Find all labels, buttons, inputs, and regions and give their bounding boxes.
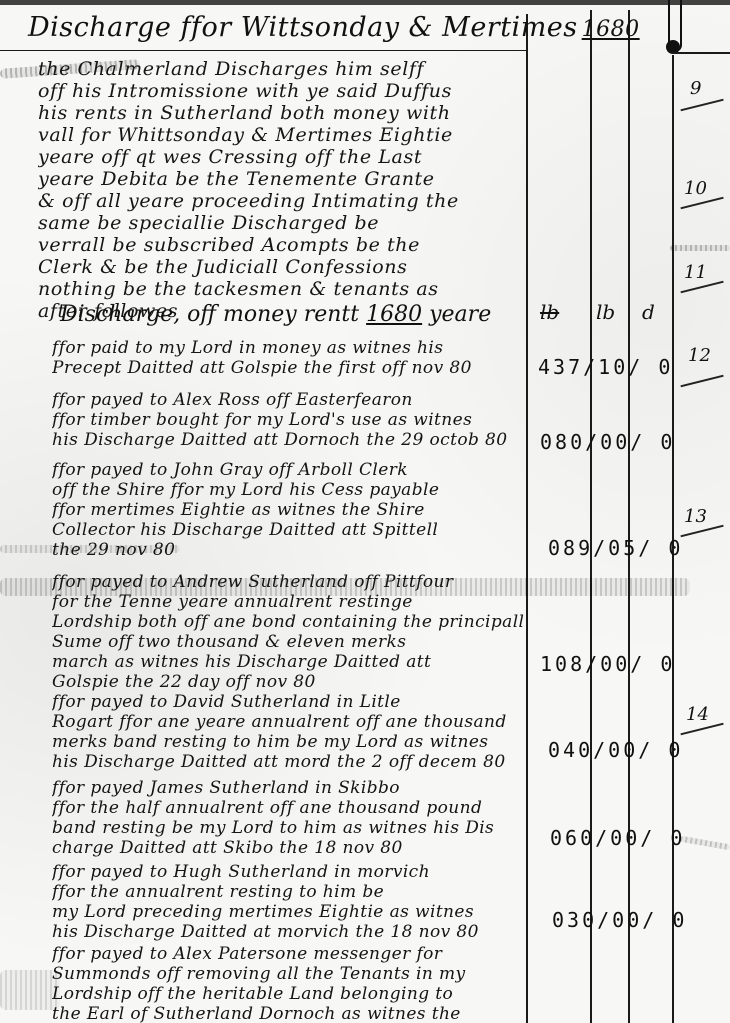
entry-line: charge Daitted att Skibo the 18 nov 80 (52, 838, 526, 858)
margin-folio-number: 10 (684, 178, 707, 199)
entry-line: ffor the half annualrent off ane thousan… (52, 798, 526, 818)
entry-line: merks band resting to him be my Lord as … (52, 732, 526, 752)
preamble-line: his rents in Sutherland both money with (38, 102, 518, 124)
entry-amount: 108/00/ 0 (540, 652, 675, 676)
amount-pence: 0 (670, 826, 685, 850)
entry-line: ffor mertimes Eightie as witnes the Shir… (52, 500, 526, 520)
amount-pounds: 437 (538, 355, 583, 379)
preamble-line: same be speciallie Discharged be (38, 212, 518, 234)
entry-line: ffor payed James Sutherland in Skibbo (52, 778, 526, 798)
amount-pence: 0 (658, 355, 673, 379)
entry-line: his Discharge Daitted at morvich the 18 … (52, 922, 526, 942)
entry-line: ffor payed to Andrew Sutherland off Pitt… (52, 572, 526, 592)
margin-folio-number: 11 (684, 262, 707, 283)
entry-line: ffor payed to Alex Patersone messenger f… (52, 944, 526, 964)
entry-line: ffor paid to my Lord in money as witnes … (52, 338, 526, 358)
amount-pounds: 060 (550, 826, 595, 850)
account-entry: ffor payed to Andrew Sutherland off Pitt… (52, 572, 526, 692)
entry-line: the Earl of Sutherland Dornoch as witnes… (52, 1004, 526, 1023)
amount-shillings: 05 (608, 536, 638, 560)
entry-line: ffor the annualrent resting to him be (52, 882, 526, 902)
section-heading: Discharge, off money rentt 1680 yeare (60, 302, 491, 327)
entry-line: Sume off two thousand & eleven merks (52, 632, 526, 652)
account-entry: ffor payed to John Gray off Arboll Clerk… (52, 460, 526, 560)
margin-folio-number: 14 (686, 704, 709, 725)
column-header-shillings: lb (596, 300, 615, 324)
preamble-line: Clerk & be the Judiciall Confessions (38, 256, 518, 278)
entry-line: my Lord preceding mertimes Eightie as wi… (52, 902, 526, 922)
entry-line: ffor payed to Hugh Sutherland in morvich (52, 862, 526, 882)
margin-folio-number: 13 (684, 506, 707, 527)
preamble-paragraph: the Chalmerland Discharges him selff off… (38, 58, 518, 322)
preamble-line: verrall be subscribed Acompts be the (38, 234, 518, 256)
entry-line: Collector his Discharge Daitted att Spit… (52, 520, 526, 540)
amount-pounds: 030 (552, 908, 597, 932)
column-header-pounds-scots: lb (540, 300, 559, 324)
ink-smudge (0, 970, 60, 1010)
entry-line: march as witnes his Discharge Daitted at… (52, 652, 526, 672)
section-year: 1680 (366, 302, 422, 327)
entry-line: the 29 nov 80 (52, 540, 526, 560)
entry-amount: 030/00/ 0 (552, 908, 687, 932)
title-underline-rule (0, 50, 526, 51)
folio-tick (680, 375, 723, 387)
account-entry: ffor payed to Alex Ross off Easterfearon… (52, 390, 526, 450)
entry-line: Rogart ffor ane yeare annualrent off ane… (52, 712, 526, 732)
entry-line: off the Shire ffor my Lord his Cess paya… (52, 480, 526, 500)
amount-shillings: 00 (612, 908, 642, 932)
section-heading-text: Discharge, off money rentt (60, 302, 359, 327)
entry-amount: 089/05/ 0 (548, 536, 683, 560)
column-rule-pounds (590, 10, 592, 1023)
entry-line: ffor payed to Alex Ross off Easterfearon (52, 390, 526, 410)
top-right-rule (672, 52, 730, 54)
entry-line: his Discharge Daitted att Dornoch the 29… (52, 430, 526, 450)
account-entry: ffor payed to Alex Patersone messenger f… (52, 944, 526, 1023)
preamble-line: vall for Whittsonday & Mertimes Eightie (38, 124, 518, 146)
amount-pounds: 108 (540, 652, 585, 676)
amount-shillings: 00 (600, 430, 630, 454)
margin-folio-number: 9 (690, 78, 701, 99)
page-title: Discharge ffor Wittsonday & Mertimes1680 (28, 12, 640, 43)
entry-line: Lordship both off ane bond containing th… (52, 612, 526, 632)
preamble-line: nothing be the tackesmen & tenants as (38, 278, 518, 300)
amount-pence: 0 (660, 652, 675, 676)
amount-pence: 0 (672, 908, 687, 932)
title-year: 1680 (582, 17, 640, 42)
account-entry: ffor paid to my Lord in money as witnes … (52, 338, 526, 378)
account-entry: ffor payed to Hugh Sutherland in morvich… (52, 862, 526, 942)
entry-amount: 437/10/ 0 (538, 355, 673, 379)
preamble-line: & off all yeare proceeding Intimating th… (38, 190, 518, 212)
entry-amount: 060/00/ 0 (550, 826, 685, 850)
preamble-line: the Chalmerland Discharges him selff (38, 58, 518, 80)
column-rule-left (526, 14, 528, 1023)
entry-line: for the Tenne yeare annualrent restinge (52, 592, 526, 612)
amount-shillings: 00 (608, 738, 638, 762)
column-rule-shillings (628, 10, 630, 1023)
section-heading-suffix: yeare (429, 302, 491, 327)
amount-shillings: 10 (598, 355, 628, 379)
title-text: Discharge ffor Wittsonday & Mertimes (28, 12, 578, 43)
ink-smudge (670, 245, 730, 251)
preamble-line: yeare Debita be the Tenemente Grante (38, 168, 518, 190)
entry-line: ffor timber bought for my Lord's use as … (52, 410, 526, 430)
entry-line: his Discharge Daitted att mord the 2 off… (52, 752, 526, 772)
entry-line: Golspie the 22 day off nov 80 (52, 672, 526, 692)
amount-shillings: 00 (600, 652, 630, 676)
amount-pence: 0 (668, 738, 683, 762)
manuscript-page: Discharge ffor Wittsonday & Mertimes1680… (0, 0, 730, 1023)
column-header-pence: d (642, 300, 655, 324)
entry-line: ffor payed to John Gray off Arboll Clerk (52, 460, 526, 480)
amount-shillings: 00 (610, 826, 640, 850)
entry-line: ffor payed to David Sutherland in Litle (52, 692, 526, 712)
amount-pounds: 040 (548, 738, 593, 762)
entry-line: band resting be my Lord to him as witnes… (52, 818, 526, 838)
ink-smudge (680, 836, 730, 851)
preamble-line: off his Intromissione with ye said Duffu… (38, 80, 518, 102)
folio-tick (680, 99, 723, 111)
amount-pence: 0 (660, 430, 675, 454)
amount-pounds: 080 (540, 430, 585, 454)
entry-line: Lordship off the heritable Land belongin… (52, 984, 526, 1004)
account-entry: ffor payed to David Sutherland in Litle … (52, 692, 526, 772)
amount-pence: 0 (668, 536, 683, 560)
entry-line: Summonds off removing all the Tenants in… (52, 964, 526, 984)
amount-pounds: 089 (548, 536, 593, 560)
margin-folio-number: 12 (688, 345, 711, 366)
page-top-edge (0, 0, 730, 5)
entry-line: Precept Daitted att Golspie the first of… (52, 358, 526, 378)
entry-amount: 040/00/ 0 (548, 738, 683, 762)
preamble-line: yeare off qt wes Cressing off the Last (38, 146, 518, 168)
entry-amount: 080/00/ 0 (540, 430, 675, 454)
account-entry: ffor payed James Sutherland in Skibbo ff… (52, 778, 526, 858)
